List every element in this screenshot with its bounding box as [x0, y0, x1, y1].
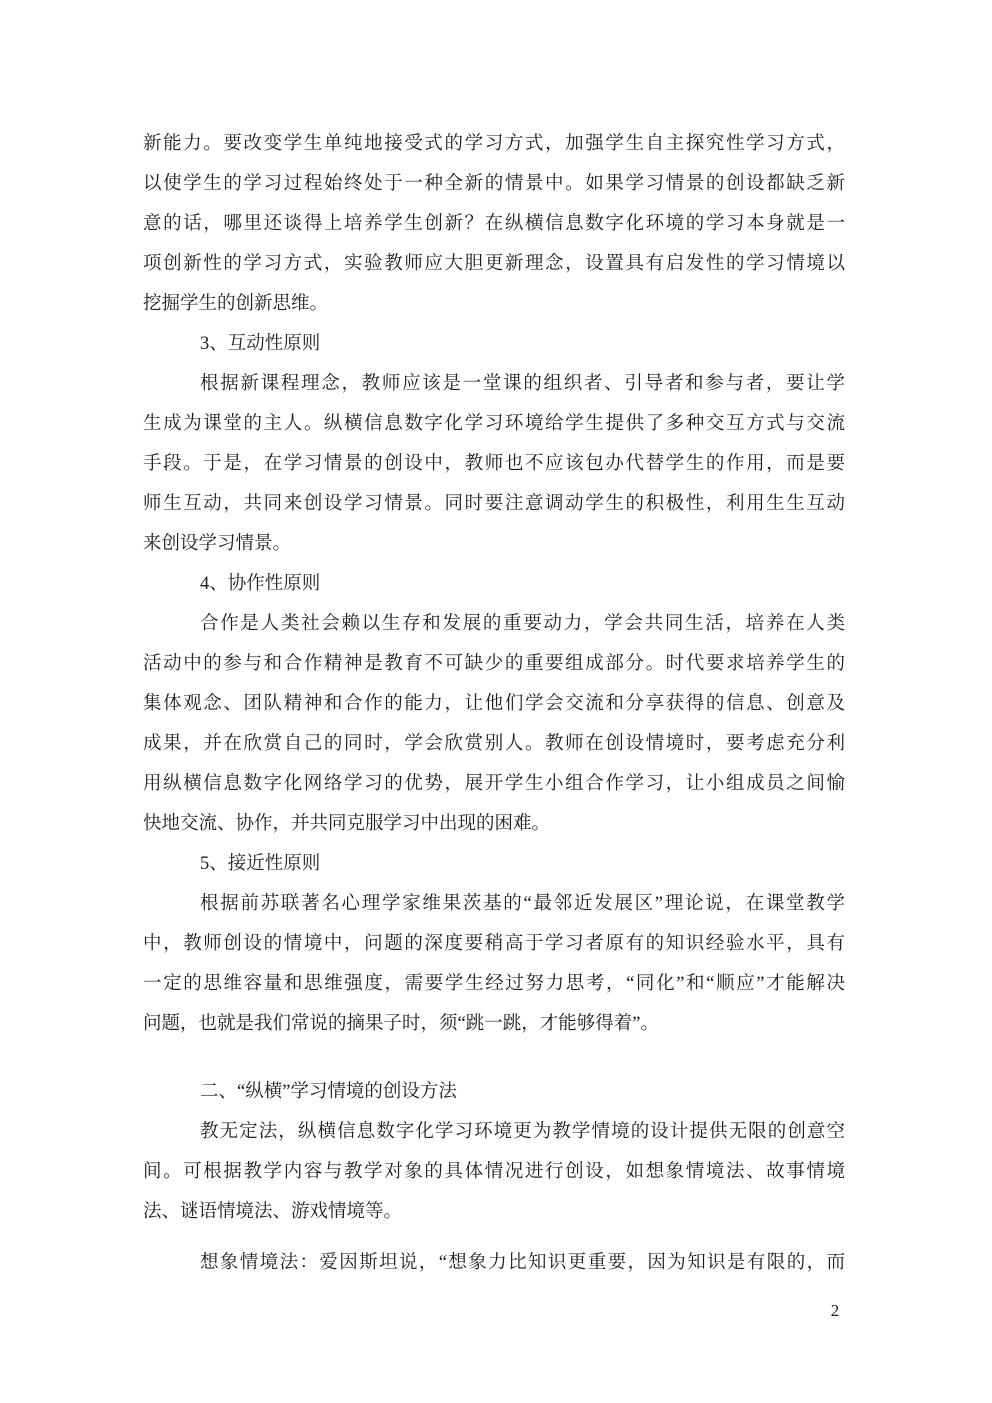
text-line: 项创新性的学习方式，实验教师应大胆更新理念，设置具有启发性的学习情境以 — [143, 244, 845, 284]
text-line: 法、谜语情境法、游戏情境等。 — [143, 1192, 845, 1232]
text-line: 间。可根据教学内容与教学对象的具体情况进行创设，如想象情境法、故事情境 — [143, 1152, 845, 1192]
text-line: 想象情境法：爱因斯坦说，“想象力比知识更重要，因为知识是有限的，而 — [143, 1243, 845, 1283]
text-line: 生成为课堂的主人。纵横信息数字化学习环境给学生提供了多种交互方式与交流 — [143, 404, 845, 444]
text-line: 根据前苏联著名心理学家维果茨基的“最邻近发展区”理论说，在课堂教学 — [143, 884, 845, 924]
paragraph: 新能力。要改变学生单纯地接受式的学习方式，加强学生自主探究性学习方式，以使学生的… — [143, 124, 845, 324]
paragraph: 教无定法，纵横信息数字化学习环境更为教学情境的设计提供无限的创意空间。可根据教学… — [143, 1112, 845, 1232]
document-text: 新能力。要改变学生单纯地接受式的学习方式，加强学生自主探究性学习方式，以使学生的… — [143, 124, 845, 1283]
text-line: 集体观念、团队精神和合作的能力，让他们学会交流和分享获得的信息、创意及 — [143, 684, 845, 724]
section-heading: 4、协作性原则 — [143, 564, 845, 604]
text-line: 根据新课程理念，教师应该是一堂课的组织者、引导者和参与者，要让学 — [143, 364, 845, 404]
heading-line: 3、互动性原则 — [143, 324, 845, 364]
heading-line: 4、协作性原则 — [143, 564, 845, 604]
heading-line: 5、接近性原则 — [143, 844, 845, 884]
document-page: 新能力。要改变学生单纯地接受式的学习方式，加强学生自主探究性学习方式，以使学生的… — [0, 0, 992, 1403]
text-line: 用纵横信息数字化网络学习的优势，展开学生小组合作学习，让小组成员之间愉 — [143, 764, 845, 804]
text-line: 一定的思维容量和思维强度，需要学生经过努力思考，“同化”和“顺应”才能解决 — [143, 964, 845, 1004]
text-line: 问题，也就是我们常说的摘果子时，须“跳一跳，才能够得着”。 — [143, 1004, 845, 1044]
paragraph: 根据前苏联著名心理学家维果茨基的“最邻近发展区”理论说，在课堂教学中，教师创设的… — [143, 884, 845, 1044]
text-line: 师生互动，共同来创设学习情景。同时要注意调动学生的积极性，利用生生互动 — [143, 484, 845, 524]
paragraph: 合作是人类社会赖以生存和发展的重要动力，学会共同生活，培养在人类活动中的参与和合… — [143, 604, 845, 844]
heading-line: 二、“纵横”学习情境的创设方法 — [143, 1072, 845, 1112]
text-line: 教无定法，纵横信息数字化学习环境更为教学情境的设计提供无限的创意空 — [143, 1112, 845, 1152]
text-line: 意的话，哪里还谈得上培养学生创新？在纵横信息数字化环境的学习本身就是一 — [143, 204, 845, 244]
text-line: 中，教师创设的情境中，问题的深度要稍高于学习者原有的知识经验水平，具有 — [143, 924, 845, 964]
section-heading: 二、“纵横”学习情境的创设方法 — [143, 1072, 845, 1112]
text-line: 合作是人类社会赖以生存和发展的重要动力，学会共同生活，培养在人类 — [143, 604, 845, 644]
section-heading: 3、互动性原则 — [143, 324, 845, 364]
text-line: 新能力。要改变学生单纯地接受式的学习方式，加强学生自主探究性学习方式， — [143, 124, 845, 164]
text-line: 快地交流、协作，并共同克服学习中出现的困难。 — [143, 804, 845, 844]
text-line: 来创设学习情景。 — [143, 524, 845, 564]
paragraph: 想象情境法：爱因斯坦说，“想象力比知识更重要，因为知识是有限的，而 — [143, 1243, 845, 1283]
page-number: 2 — [820, 1293, 850, 1329]
text-line: 挖掘学生的创新思维。 — [143, 284, 845, 324]
text-line: 以使学生的学习过程始终处于一种全新的情景中。如果学习情景的创设都缺乏新 — [143, 164, 845, 204]
text-line: 手段。于是，在学习情景的创设中，教师也不应该包办代替学生的作用，而是要 — [143, 444, 845, 484]
text-line: 活动中的参与和合作精神是教育不可缺少的重要组成部分。时代要求培养学生的 — [143, 644, 845, 684]
text-line: 成果，并在欣赏自己的同时，学会欣赏别人。教师在创设情境时，要考虑充分利 — [143, 724, 845, 764]
section-heading: 5、接近性原则 — [143, 844, 845, 884]
paragraph: 根据新课程理念，教师应该是一堂课的组织者、引导者和参与者，要让学生成为课堂的主人… — [143, 364, 845, 564]
